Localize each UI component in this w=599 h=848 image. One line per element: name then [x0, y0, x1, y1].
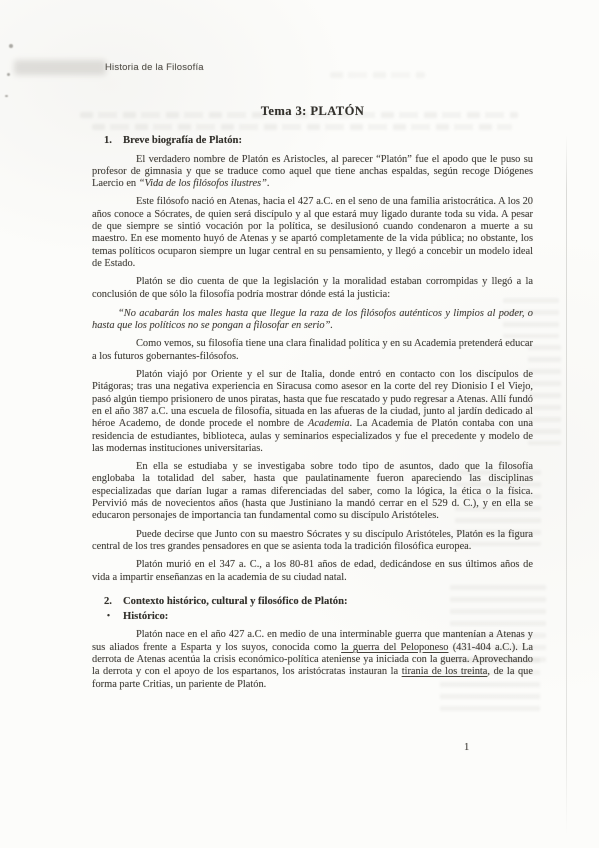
section-1-heading: 1.Breve biografía de Platón:: [104, 135, 533, 147]
italic-academia: Academia: [308, 418, 350, 429]
section-2-heading-label: Contexto histórico, cultural y filosófic…: [123, 596, 348, 607]
paragraph-political-aim: Como vemos, su filosofía tiene una clara…: [92, 338, 533, 363]
paragraph-academy-studies: En ella se estudiaba y se investigaba so…: [92, 461, 533, 522]
bullet-historico: •Histórico:: [107, 609, 533, 623]
paragraph-legislation: Platón se dio cuenta de que la legislaci…: [92, 276, 533, 301]
scan-speck: [7, 73, 10, 76]
section-2-number: 2.: [104, 596, 123, 608]
underline-peloponnesian-war: la guerra del Peloponeso: [341, 642, 448, 653]
paper-edge-shadow: [566, 135, 567, 835]
paragraph-historical-context: Platón nace en el año 427 a.C. en medio …: [92, 629, 533, 690]
paragraph-text: .: [267, 178, 270, 189]
section-1-heading-label: Breve biografía de Platón:: [123, 135, 242, 146]
page-number: 1: [464, 742, 469, 753]
paragraph-travels-academy: Platón viajó por Oriente y el sur de Ita…: [92, 369, 533, 455]
paragraph-platon-name: El verdadero nombre de Platón es Aristoc…: [92, 154, 533, 191]
section-2-heading: 2.Contexto histórico, cultural y filosóf…: [104, 596, 533, 608]
paragraph-death: Platón murió en el 347 a. C., a los 80-8…: [92, 559, 533, 584]
paragraph-central-figure: Puede decirse que Junto con su maestro S…: [92, 529, 533, 554]
paragraph-birth-athens: Este filósofo nació en Atenas, hacia el …: [92, 196, 533, 270]
bullet-icon: •: [107, 609, 123, 621]
italic-book-title: “Vida de los filósofos ilustres”: [139, 178, 267, 189]
page-title: Tema 3: PLATÓN: [92, 105, 533, 117]
scan-speck: [5, 95, 8, 97]
quote-philosophers: “No acabarán los males hasta que llegue …: [92, 308, 533, 333]
scan-speck: [9, 44, 13, 48]
bullet-label: Histórico:: [123, 611, 168, 622]
underline-thirty-tyrants: tirania de los treinta: [402, 666, 488, 677]
page-content: Tema 3: PLATÓN 1.Breve biografía de Plat…: [92, 0, 533, 691]
section-1-number: 1.: [104, 135, 123, 147]
